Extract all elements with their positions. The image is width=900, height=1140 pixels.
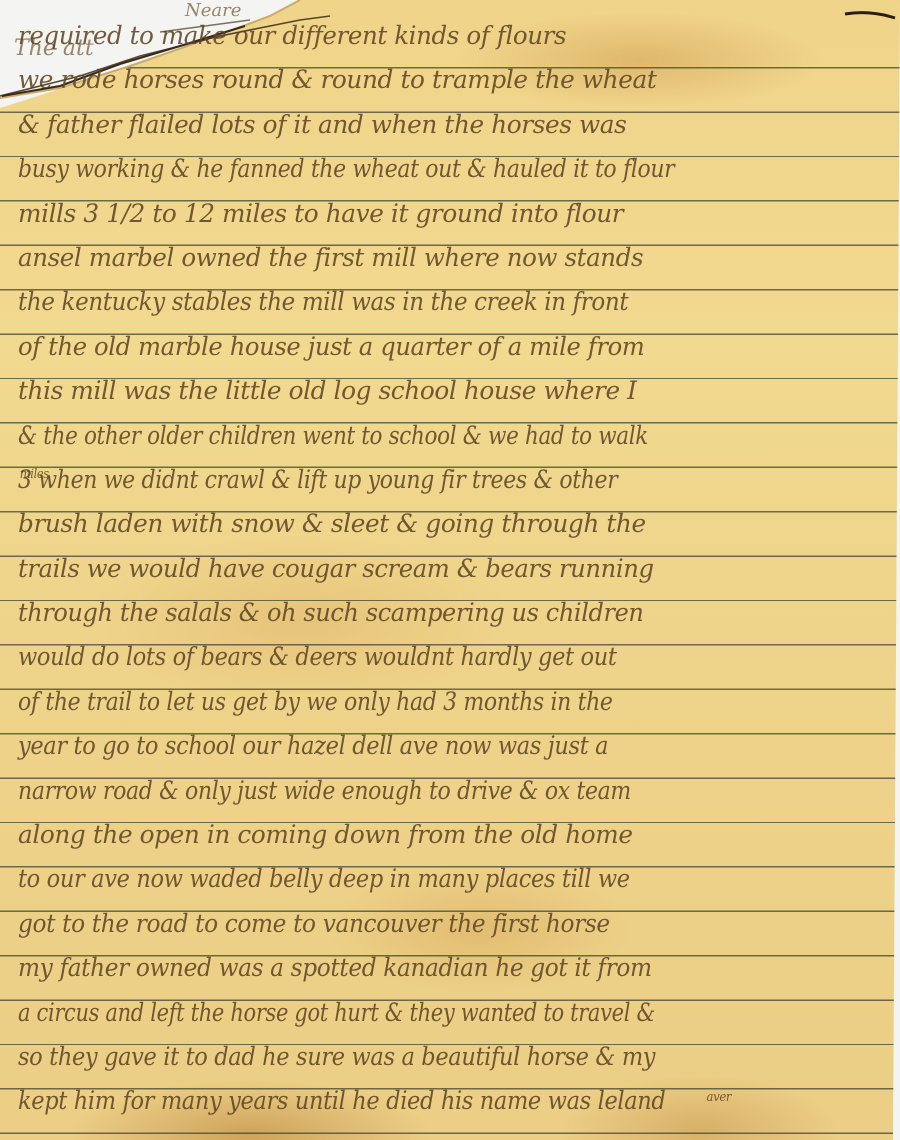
handwritten-text: required to make our different kinds of … bbox=[18, 24, 888, 1134]
interlinear-note-aver: aver bbox=[707, 1091, 732, 1104]
text-line: averkept him for many years until he die… bbox=[18, 1089, 801, 1133]
